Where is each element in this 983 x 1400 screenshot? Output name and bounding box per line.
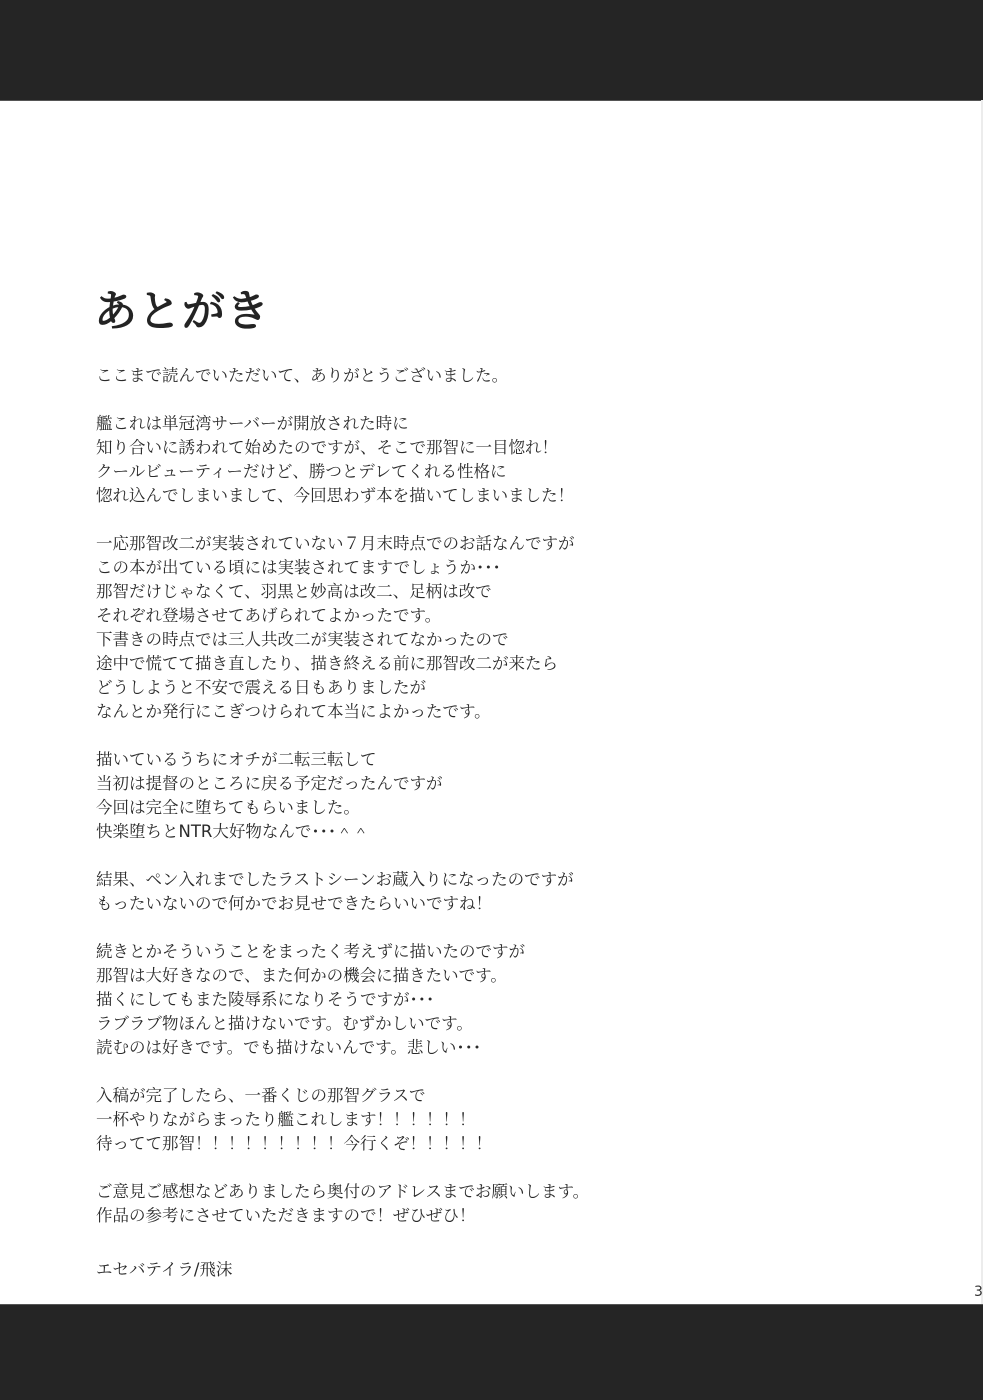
text-line: 続きとかそういうことをまったく考えずに描いたのですが — [96, 940, 696, 964]
text-line: 一杯やりながらまったり艦これします！！！！！！ — [96, 1108, 696, 1132]
text-line: それぞれ登場させてあげられてよかったです。 — [96, 604, 696, 628]
text-line: 快楽堕ちとNTR大好物なんで･･･＾＾ — [96, 820, 696, 844]
afterword-body: ここまで読んでいただいて、ありがとうございました。 艦これは単冠湾サーバーが開放… — [96, 364, 696, 1228]
text-line: 描いているうちにオチが二転三転して — [96, 748, 696, 772]
page-title: あとがき — [94, 284, 270, 340]
paragraph-1: ここまで読んでいただいて、ありがとうございました。 — [96, 364, 696, 388]
text-line: この本が出ている頃には実装されてますでしょうか･･･ — [96, 556, 696, 580]
text-line: もったいないので何かでお見せできたらいいですね！ — [96, 892, 696, 916]
text-line: 作品の参考にさせていただきますので！ぜひぜひ！ — [96, 1204, 696, 1228]
paragraph-3: 一応那智改二が実装されていない７月末時点でのお話なんですが この本が出ている頃に… — [96, 532, 696, 724]
text-line: 入稿が完了したら、一番くじの那智グラスで — [96, 1084, 696, 1108]
text-line: なんとか発行にこぎつけられて本当によかったです。 — [96, 700, 696, 724]
text-line: 途中で慌てて描き直したり、描き終える前に那智改二が来たら — [96, 652, 696, 676]
text-line: 描くにしてもまた陵辱系になりそうですが･･･ — [96, 988, 696, 1012]
text-line: ラブラブ物ほんと描けないです。むずかしいです。 — [96, 1012, 696, 1036]
text-line: 一応那智改二が実装されていない７月末時点でのお話なんですが — [96, 532, 696, 556]
text-line: ご意見ご感想などありましたら奥付のアドレスまでお願いします。 — [96, 1180, 696, 1204]
page-number: 37 — [974, 1283, 983, 1301]
text-line: 結果、ペン入れまでしたラストシーンお蔵入りになったのですが — [96, 868, 696, 892]
paragraph-8: ご意見ご感想などありましたら奥付のアドレスまでお願いします。 作品の参考にさせて… — [96, 1180, 696, 1228]
text-line: 知り合いに誘われて始めたのですが、そこで那智に一目惚れ！ — [96, 436, 696, 460]
text-line: ここまで読んでいただいて、ありがとうございました。 — [96, 364, 696, 388]
paragraph-5: 結果、ペン入れまでしたラストシーンお蔵入りになったのですが もったいないので何か… — [96, 868, 696, 916]
paragraph-2: 艦これは単冠湾サーバーが開放された時に 知り合いに誘われて始めたのですが、そこで… — [96, 412, 696, 508]
text-line: どうしようと不安で震える日もありましたが — [96, 676, 696, 700]
top-black-border — [0, 0, 983, 101]
text-line: 下書きの時点では三人共改二が実装されてなかったので — [96, 628, 696, 652]
text-line: 今回は完全に堕ちてもらいました。 — [96, 796, 696, 820]
text-line: 艦これは単冠湾サーバーが開放された時に — [96, 412, 696, 436]
text-line: クールビューティーだけど、勝つとデレてくれる性格に — [96, 460, 696, 484]
text-line: 待ってて那智！！！！！！！！！今行くぞ！！！！！ — [96, 1132, 696, 1156]
author-signature: エセバテイラ/飛沫 — [96, 1258, 232, 1282]
text-line: 那智は大好きなので、また何かの機会に描きたいです。 — [96, 964, 696, 988]
text-line: 当初は提督のところに戻る予定だったんですが — [96, 772, 696, 796]
paragraph-6: 続きとかそういうことをまったく考えずに描いたのですが 那智は大好きなので、また何… — [96, 940, 696, 1060]
text-line: 惚れ込んでしまいまして、今回思わず本を描いてしまいました！ — [96, 484, 696, 508]
paragraph-4: 描いているうちにオチが二転三転して 当初は提督のところに戻る予定だったんですが … — [96, 748, 696, 844]
paragraph-7: 入稿が完了したら、一番くじの那智グラスで 一杯やりながらまったり艦これします！！… — [96, 1084, 696, 1156]
text-line: 那智だけじゃなくて、羽黒と妙高は改二、足柄は改で — [96, 580, 696, 604]
text-line: 読むのは好きです。でも描けないんです。悲しい･･･ — [96, 1036, 696, 1060]
bottom-black-border — [0, 1304, 983, 1400]
